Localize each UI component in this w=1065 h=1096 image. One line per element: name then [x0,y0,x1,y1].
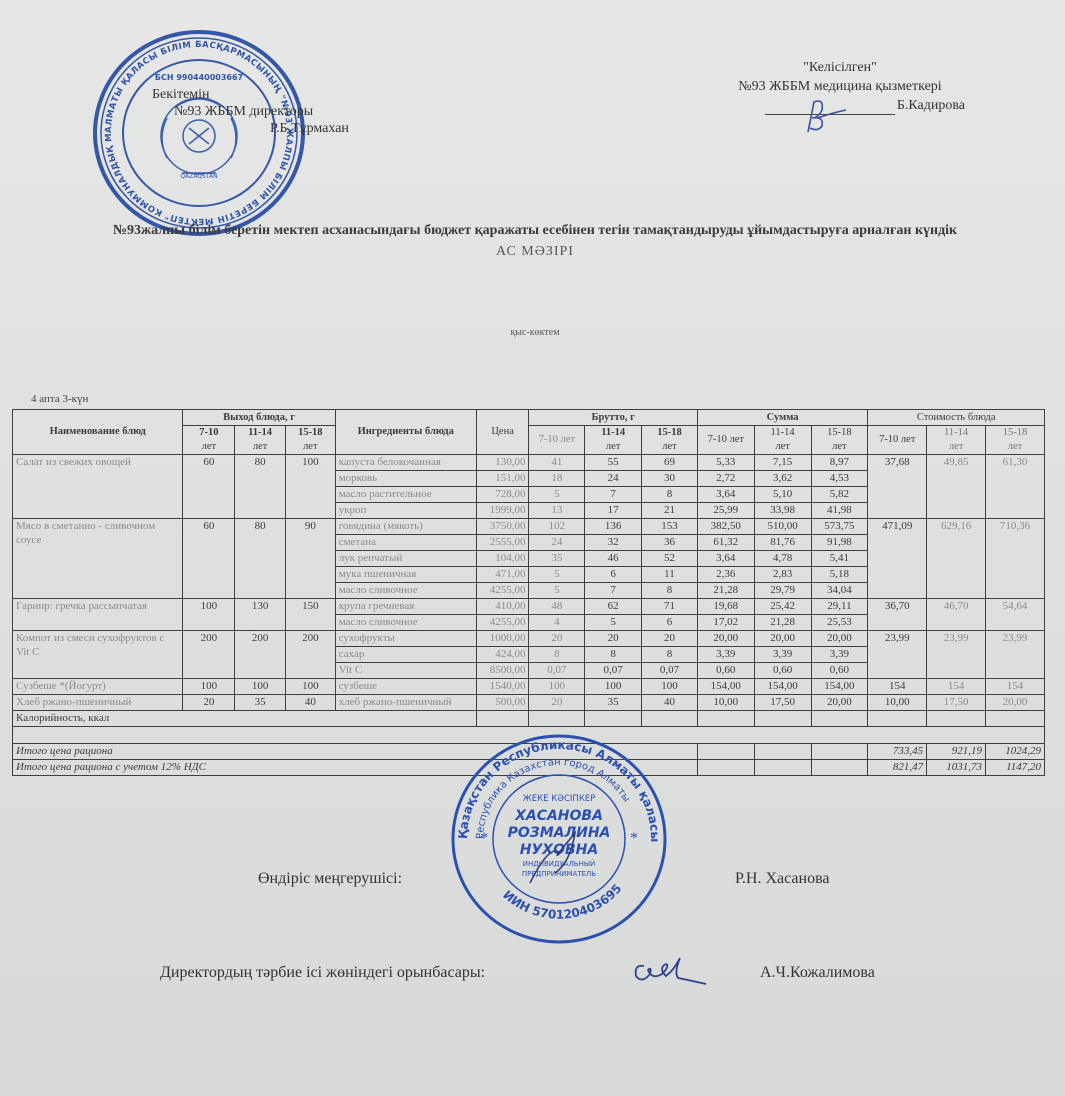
brutto-15-18: 36 [642,535,698,551]
brutto-15-18: 11 [642,567,698,583]
cost-7-10: 36,70 [868,599,927,631]
ingredient-price: 130,00 [476,455,529,471]
brutto-7-10: 20 [529,631,585,647]
table-row: Гарнир: гречка рассыпчатая100130150крупа… [13,599,1045,615]
brutto-15-18: 20 [642,631,698,647]
sum-11-14: 154,00 [754,679,811,695]
sum-15-18: 25,53 [811,615,868,631]
yield-7-10: 60 [183,455,235,519]
school-stamp-bin: БСН 990440003667 [155,73,243,82]
yield-15-18: 200 [285,631,335,679]
total-value-11-14: 921,19 [927,744,986,760]
table-row: Сузбеше *(Йогурт)100100100сузбеше1540,00… [13,679,1045,695]
brutto-15-18: 69 [642,455,698,471]
medic-signature-icon [790,96,850,136]
header-yield: Выход блюда, г [183,410,335,426]
cost-7-10: 10,00 [868,695,927,711]
brutto-11-14: 17 [585,503,642,519]
sum-11-14: 7,15 [754,455,811,471]
menu-table: Наименование блюд Выход блюда, г Ингреди… [12,409,1045,776]
brutto-11-14: 55 [585,455,642,471]
cost-15-18: 20,00 [986,695,1045,711]
brutto-15-18: 8 [642,583,698,599]
header-sum: Сумма [697,410,867,426]
brutto-11-14: 32 [585,535,642,551]
brutto-11-14: 7 [585,487,642,503]
brutto-15-18: 21 [642,503,698,519]
sum-7-10: 382,50 [697,519,754,535]
stamp-iin: ИИН 570120403695 [500,881,624,921]
brutto-7-10: 41 [529,455,585,471]
header-brutto-age-15-18: 15-18лет [642,426,698,455]
brutto-7-10: 20 [529,695,585,711]
sum-15-18: 34,04 [811,583,868,599]
ingredient-price: 104,00 [476,551,529,567]
header-yield-age-11-14: 11-14лет [235,426,286,455]
cost-11-14: 49,85 [927,455,986,519]
ingredient-name: масло растительное [335,487,476,503]
yield-15-18: 100 [285,455,335,519]
brutto-7-10: 13 [529,503,585,519]
ingredient-name: крупа гречневая [335,599,476,615]
sum-15-18: 154,00 [811,679,868,695]
sum-7-10: 10,00 [697,695,754,711]
svg-text:ИИН 570120403695: ИИН 570120403695 [500,881,624,921]
brutto-15-18: 100 [642,679,698,695]
brutto-15-18: 8 [642,487,698,503]
brutto-7-10: 35 [529,551,585,567]
ingredient-price: 1999,00 [476,503,529,519]
sum-7-10: 154,00 [697,679,754,695]
approval-left-title: Бекітемін [150,86,349,103]
brutto-15-18: 52 [642,551,698,567]
brutto-11-14: 8 [585,647,642,663]
cost-11-14: 23,99 [927,631,986,679]
brutto-7-10: 5 [529,567,585,583]
yield-7-10: 20 [183,695,235,711]
cost-15-18: 23,99 [986,631,1045,679]
document-title: №93жалпы білім беретін мектеп асханасынд… [30,222,1040,240]
sum-11-14: 29,79 [754,583,811,599]
stamp-bottom-1: ИНДИВИДУАЛЬНЫЙ [523,859,596,868]
sum-7-10: 2,36 [697,567,754,583]
brutto-7-10: 8 [529,647,585,663]
brutto-7-10: 18 [529,471,585,487]
dish-name: Мясо в сметанно - сливочном соусе [13,519,183,599]
cost-11-14: 46,70 [927,599,986,631]
cost-7-10: 154 [868,679,927,695]
sum-15-18: 20,00 [811,695,868,711]
dish-name: Гарнир: гречка рассыпчатая [13,599,183,631]
brutto-7-10: 5 [529,487,585,503]
sum-11-14: 0,60 [754,663,811,679]
menu-table-body: Салат из свежих овощей6080100капуста бел… [13,455,1045,711]
stamp-name-1: ХАСАНОВА [514,808,603,824]
sum-15-18: 5,82 [811,487,868,503]
sum-11-14: 3,62 [754,471,811,487]
sum-7-10: 5,33 [697,455,754,471]
sum-11-14: 81,76 [754,535,811,551]
brutto-11-14: 0,07 [585,663,642,679]
sum-11-14: 2,83 [754,567,811,583]
header-cost-age-15-18: 15-18лет [986,426,1045,455]
ingredient-name: масло сливочное [335,583,476,599]
sum-15-18: 0,60 [811,663,868,679]
brutto-11-14: 62 [585,599,642,615]
cost-7-10: 471,09 [868,519,927,599]
ingredient-price: 4255,00 [476,615,529,631]
header-ingredients: Ингредиенты блюда [335,410,476,455]
approval-left-name: Р.Б.Тұрмахан [150,120,349,137]
sum-15-18: 91,98 [811,535,868,551]
brutto-11-14: 136 [585,519,642,535]
ingredient-name: сметана [335,535,476,551]
brutto-11-14: 5 [585,615,642,631]
ingredient-price: 8500,00 [476,663,529,679]
brutto-11-14: 7 [585,583,642,599]
star-icon: * [480,830,488,847]
ingredient-name: сузбеше [335,679,476,695]
ingredient-name: мука пшеничная [335,567,476,583]
yield-15-18: 90 [285,519,335,599]
ingredient-price: 1540,00 [476,679,529,695]
table-row: Компот из смеси сухофруктов с Vit C20020… [13,631,1045,647]
brutto-15-18: 40 [642,695,698,711]
ingredient-price: 1000,00 [476,631,529,647]
stamp-top-label: ЖЕКЕ КӘСІПКЕР [523,794,596,804]
header-cost: Стоимость блюда [868,410,1045,426]
sum-7-10: 19,68 [697,599,754,615]
header-brutto-age-7-10: 7-10 лет [529,426,585,455]
header-brutto: Брутто, г [529,410,697,426]
yield-11-14: 80 [235,455,286,519]
brutto-15-18: 153 [642,519,698,535]
ingredient-name: укроп [335,503,476,519]
yield-11-14: 80 [235,519,286,599]
sum-7-10: 25,99 [697,503,754,519]
header-yield-age-15-18: 15-18лет [285,426,335,455]
approval-left-position: №93 ЖББМ директоры [150,103,349,120]
dish-name: Компот из смеси сухофруктов с Vit C [13,631,183,679]
ingredient-price: 3750,00 [476,519,529,535]
sum-11-14: 510,00 [754,519,811,535]
sum-7-10: 3,64 [697,487,754,503]
sum-7-10: 3,39 [697,647,754,663]
school-stamp-center: QAZAQSTAN [180,173,217,180]
brutto-7-10: 102 [529,519,585,535]
sum-15-18: 3,39 [811,647,868,663]
week-day-label: 4 апта 3-күн [31,393,88,405]
ingredient-price: 410,00 [476,599,529,615]
sum-7-10: 61,32 [697,535,754,551]
sum-7-10: 0,60 [697,663,754,679]
ingredient-name: говядина (мякоть) [335,519,476,535]
ingredient-name: хлеб ржано-пшеничный [335,695,476,711]
total-value-15-18: 1024,29 [986,744,1045,760]
brutto-15-18: 8 [642,647,698,663]
ingredient-name: капуста белокочанная [335,455,476,471]
table-row: Хлеб ржано-пшеничный203540хлеб ржано-пше… [13,695,1045,711]
table-row: Салат из свежих овощей6080100капуста бел… [13,455,1045,471]
entrepreneur-stamp: Қазақстан Республикасы Алматы қаласы Рес… [450,733,668,945]
cost-7-10: 37,68 [868,455,927,519]
brutto-11-14: 100 [585,679,642,695]
ingredient-price: 2555,00 [476,535,529,551]
ingredient-price: 728,00 [476,487,529,503]
header-sum-age-7-10: 7-10 лет [697,426,754,455]
header-yield-age-7-10: 7-10лет [183,426,235,455]
dish-name: Хлеб ржано-пшеничный [13,695,183,711]
brutto-7-10: 5 [529,583,585,599]
brutto-11-14: 24 [585,471,642,487]
ingredient-name: морковь [335,471,476,487]
yield-15-18: 40 [285,695,335,711]
ingredient-price: 500,00 [476,695,529,711]
sum-15-18: 29,11 [811,599,868,615]
yield-11-14: 100 [235,679,286,695]
brutto-11-14: 46 [585,551,642,567]
sum-11-14: 21,28 [754,615,811,631]
sum-15-18: 5,41 [811,551,868,567]
sum-15-18: 8,97 [811,455,868,471]
production-head-name: Р.Н. Хасанова [735,870,830,888]
approval-right-position: №93 ЖББМ медицина қызметкері [715,77,965,96]
cost-11-14: 154 [927,679,986,695]
brutto-15-18: 0,07 [642,663,698,679]
deputy-director-name: А.Ч.Кожалимова [760,964,875,982]
sum-7-10: 2,72 [697,471,754,487]
brutto-7-10: 100 [529,679,585,695]
sum-15-18: 4,53 [811,471,868,487]
brutto-11-14: 35 [585,695,642,711]
sum-11-14: 17,50 [754,695,811,711]
ingredient-price: 471,00 [476,567,529,583]
yield-7-10: 60 [183,519,235,599]
brutto-7-10: 4 [529,615,585,631]
approval-right-title: "Келісілген" [715,58,965,77]
ingredient-name: лук репчатый [335,551,476,567]
season-label: қыс-көктем [30,327,1040,338]
sum-11-14: 5,10 [754,487,811,503]
yield-15-18: 150 [285,599,335,631]
yield-7-10: 100 [183,679,235,695]
cost-7-10: 23,99 [868,631,927,679]
yield-15-18: 100 [285,679,335,695]
sum-7-10: 21,28 [697,583,754,599]
cost-15-18: 61,30 [986,455,1045,519]
sum-11-14: 20,00 [754,631,811,647]
deputy-signature-icon [630,952,715,988]
table-row: Мясо в сметанно - сливочном соусе608090г… [13,519,1045,535]
header-dish: Наименование блюд [13,410,183,455]
ingredient-price: 4255,00 [476,583,529,599]
production-head-label: Өндіріс меңгерушісі: [258,870,402,888]
brutto-7-10: 24 [529,535,585,551]
yield-7-10: 200 [183,631,235,679]
sum-7-10: 3,64 [697,551,754,567]
ingredient-name: сахар [335,647,476,663]
cost-11-14: 17,50 [927,695,986,711]
ingredient-price: 151,00 [476,471,529,487]
sum-15-18: 20,00 [811,631,868,647]
header-cost-age-11-14: 11-14лет [927,426,986,455]
total-vat-value-15-18: 1147,20 [986,760,1045,776]
brutto-7-10: 48 [529,599,585,615]
ingredient-name: Vit C [335,663,476,679]
sum-11-14: 3,39 [754,647,811,663]
cost-15-18: 154 [986,679,1045,695]
brutto-15-18: 6 [642,615,698,631]
brutto-7-10: 0,07 [529,663,585,679]
document-subtitle: АС МӘЗІРІ [30,244,1040,260]
yield-7-10: 100 [183,599,235,631]
brutto-15-18: 71 [642,599,698,615]
sum-7-10: 20,00 [697,631,754,647]
header-sum-age-11-14: 11-14лет [754,426,811,455]
yield-11-14: 35 [235,695,286,711]
total-value-7-10: 733,45 [868,744,927,760]
star-icon: * [630,830,638,847]
ingredient-price: 424,00 [476,647,529,663]
ingredient-name: масло сливочное [335,615,476,631]
stamp-name-3: НУХОВНА [520,842,598,858]
sum-11-14: 25,42 [754,599,811,615]
yield-11-14: 130 [235,599,286,631]
sum-11-14: 4,78 [754,551,811,567]
total-vat-value-7-10: 821,47 [868,760,927,776]
stamp-name-2: РОЗМАЛИНА [508,825,611,841]
dish-name: Сузбеше *(Йогурт) [13,679,183,695]
deputy-director-label: Директордың тәрбие ісі жөніндегі орынбас… [160,964,485,982]
sum-15-18: 5,18 [811,567,868,583]
header-cost-age-7-10: 7-10 лет [868,426,927,455]
approval-left-block: Бекітемін №93 ЖББМ директоры Р.Б.Тұрмаха… [150,86,349,137]
approval-right-name: Б.Кадирова [897,96,965,115]
sum-15-18: 41,98 [811,503,868,519]
brutto-15-18: 30 [642,471,698,487]
header-price: Цена [476,410,529,455]
brutto-11-14: 6 [585,567,642,583]
calories-label: Калорийность, ккал [13,711,477,727]
cost-15-18: 710,36 [986,519,1045,599]
sum-7-10: 17,02 [697,615,754,631]
sum-15-18: 573,75 [811,519,868,535]
dish-name: Салат из свежих овощей [13,455,183,519]
header-brutto-age-11-14: 11-14лет [585,426,642,455]
ingredient-name: сухофрукты [335,631,476,647]
brutto-11-14: 20 [585,631,642,647]
sum-11-14: 33,98 [754,503,811,519]
header-sum-age-15-18: 15-18лет [811,426,868,455]
cost-15-18: 54,64 [986,599,1045,631]
yield-11-14: 200 [235,631,286,679]
cost-11-14: 629,16 [927,519,986,599]
total-vat-value-11-14: 1031,73 [927,760,986,776]
